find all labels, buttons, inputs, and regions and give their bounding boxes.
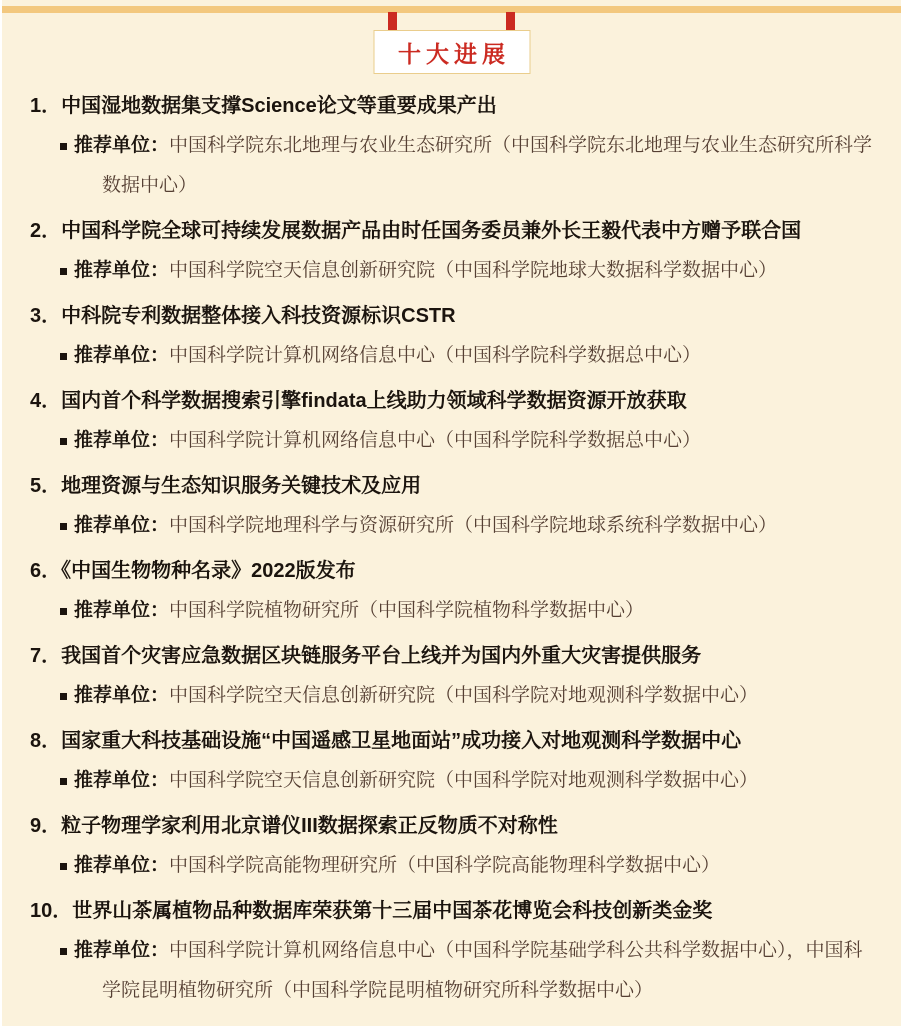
item-number: 4． [30, 390, 61, 412]
header: 十大进展 [2, 0, 901, 76]
recommending-unit-text: 中国科学院东北地理与农业生态研究所（中国科学院东北地理与农业生态研究所科学数据中… [102, 135, 872, 196]
item-title: 8．国家重大科技基础设施“中国遥感卫星地面站”成功接入对地观测科学数据中心 [30, 721, 873, 761]
recommending-unit-row: 推荐单位：中国科学院空天信息创新研究院（中国科学院地球大数据科学数据中心） [30, 251, 873, 291]
item-title: 2．中国科学院全球可持续发展数据产品由时任国务委员兼外长王毅代表中方赠予联合国 [30, 211, 873, 251]
item-number: 9． [30, 815, 61, 837]
item-title: 6．《中国生物物种名录》2022版发布 [30, 551, 873, 591]
list-item: 6．《中国生物物种名录》2022版发布 推荐单位：中国科学院植物研究所（中国科学… [30, 551, 873, 631]
recommending-unit-text: 中国科学院空天信息创新研究院（中国科学院对地观测科学数据中心） [169, 685, 758, 706]
item-title-text: 中科院专利数据整体接入科技资源标识CSTR [61, 305, 455, 327]
recommending-unit-label: 推荐单位： [74, 685, 169, 706]
item-number: 3． [30, 305, 61, 327]
item-number: 7． [30, 645, 61, 667]
item-number: 2． [30, 220, 61, 242]
list-item: 9．粒子物理学家利用北京谱仪III数据探索正反物质不对称性 推荐单位：中国科学院… [30, 806, 873, 886]
recommending-unit-label: 推荐单位： [74, 940, 169, 961]
square-bullet-icon [60, 523, 67, 530]
item-number: 10． [30, 900, 72, 922]
item-title-text: 我国首个灾害应急数据区块链服务平台上线并为国内外重大灾害提供服务 [61, 645, 701, 667]
page: 十大进展 1．中国湿地数据集支撑Science论文等重要成果产出 推荐单位：中国… [0, 0, 903, 1034]
list-item: 8．国家重大科技基础设施“中国遥感卫星地面站”成功接入对地观测科学数据中心 推荐… [30, 721, 873, 801]
recommending-unit-row: 推荐单位：中国科学院地理科学与资源研究所（中国科学院地球系统科学数据中心） [30, 506, 873, 546]
progress-list: 1．中国湿地数据集支撑Science论文等重要成果产出 推荐单位：中国科学院东北… [2, 76, 901, 1011]
item-title: 7．我国首个灾害应急数据区块链服务平台上线并为国内外重大灾害提供服务 [30, 636, 873, 676]
square-bullet-icon [60, 268, 67, 275]
list-item: 10．世界山茶属植物品种数据库荣获第十三届中国茶花博览会科技创新类金奖 推荐单位… [30, 891, 873, 1011]
recommending-unit-label: 推荐单位： [74, 600, 169, 621]
square-bullet-icon [60, 863, 67, 870]
square-bullet-icon [60, 778, 67, 785]
recommending-unit-row: 推荐单位：中国科学院计算机网络信息中心（中国科学院基础学科公共科学数据中心），中… [30, 931, 873, 1011]
list-item: 5．地理资源与生态知识服务关键技术及应用 推荐单位：中国科学院地理科学与资源研究… [30, 466, 873, 546]
item-title: 9．粒子物理学家利用北京谱仪III数据探索正反物质不对称性 [30, 806, 873, 846]
square-bullet-icon [60, 143, 67, 150]
recommending-unit-text: 中国科学院植物研究所（中国科学院植物科学数据中心） [169, 600, 644, 621]
item-number: 8． [30, 730, 61, 752]
square-bullet-icon [60, 353, 67, 360]
recommending-unit-text: 中国科学院空天信息创新研究院（中国科学院对地观测科学数据中心） [169, 770, 758, 791]
recommending-unit-text: 中国科学院空天信息创新研究院（中国科学院地球大数据科学数据中心） [169, 260, 777, 281]
recommending-unit-label: 推荐单位： [74, 135, 169, 156]
recommending-unit-text: 中国科学院计算机网络信息中心（中国科学院基础学科公共科学数据中心），中国科学院昆… [102, 940, 863, 1001]
item-title-text: 国内首个科学数据搜索引擎findata上线助力领域科学数据资源开放获取 [61, 390, 687, 412]
recommending-unit-row: 推荐单位：中国科学院空天信息创新研究院（中国科学院对地观测科学数据中心） [30, 676, 873, 716]
square-bullet-icon [60, 693, 67, 700]
recommending-unit-row: 推荐单位：中国科学院东北地理与农业生态研究所（中国科学院东北地理与农业生态研究所… [30, 126, 873, 206]
recommending-unit-label: 推荐单位： [74, 770, 169, 791]
item-title-text: 世界山茶属植物品种数据库荣获第十三届中国茶花博览会科技创新类金奖 [72, 900, 712, 922]
recommending-unit-label: 推荐单位： [74, 345, 169, 366]
item-title-text: 《中国生物物种名录》2022版发布 [61, 560, 356, 582]
square-bullet-icon [60, 608, 67, 615]
top-band-divider [2, 6, 901, 13]
recommending-unit-text: 中国科学院计算机网络信息中心（中国科学院科学数据总中心） [169, 345, 701, 366]
recommending-unit-row: 推荐单位：中国科学院计算机网络信息中心（中国科学院科学数据总中心） [30, 336, 873, 376]
red-hanger-bar-left [388, 12, 397, 31]
recommending-unit-row: 推荐单位：中国科学院植物研究所（中国科学院植物科学数据中心） [30, 591, 873, 631]
recommending-unit-text: 中国科学院计算机网络信息中心（中国科学院科学数据总中心） [169, 430, 701, 451]
item-title: 1．中国湿地数据集支撑Science论文等重要成果产出 [30, 86, 873, 126]
recommending-unit-text: 中国科学院高能物理研究所（中国科学院高能物理科学数据中心） [169, 855, 720, 876]
recommending-unit-row: 推荐单位：中国科学院计算机网络信息中心（中国科学院科学数据总中心） [30, 421, 873, 461]
item-title: 4．国内首个科学数据搜索引擎findata上线助力领域科学数据资源开放获取 [30, 381, 873, 421]
recommending-unit-text: 中国科学院地理科学与资源研究所（中国科学院地球系统科学数据中心） [169, 515, 777, 536]
section-title-box: 十大进展 [373, 30, 530, 74]
list-item: 7．我国首个灾害应急数据区块链服务平台上线并为国内外重大灾害提供服务 推荐单位：… [30, 636, 873, 716]
square-bullet-icon [60, 948, 67, 955]
recommending-unit-label: 推荐单位： [74, 430, 169, 451]
item-title-text: 国家重大科技基础设施“中国遥感卫星地面站”成功接入对地观测科学数据中心 [61, 730, 741, 752]
list-item: 4．国内首个科学数据搜索引擎findata上线助力领域科学数据资源开放获取 推荐… [30, 381, 873, 461]
item-title: 3．中科院专利数据整体接入科技资源标识CSTR [30, 296, 873, 336]
item-title-text: 粒子物理学家利用北京谱仪III数据探索正反物质不对称性 [61, 815, 558, 837]
item-title-text: 中国科学院全球可持续发展数据产品由时任国务委员兼外长王毅代表中方赠予联合国 [61, 220, 801, 242]
item-title-text: 地理资源与生态知识服务关键技术及应用 [61, 475, 421, 497]
recommending-unit-row: 推荐单位：中国科学院高能物理研究所（中国科学院高能物理科学数据中心） [30, 846, 873, 886]
item-title: 5．地理资源与生态知识服务关键技术及应用 [30, 466, 873, 506]
recommending-unit-row: 推荐单位：中国科学院空天信息创新研究院（中国科学院对地观测科学数据中心） [30, 761, 873, 801]
item-number: 5． [30, 475, 61, 497]
item-title: 10．世界山茶属植物品种数据库荣获第十三届中国茶花博览会科技创新类金奖 [30, 891, 873, 931]
list-item: 3．中科院专利数据整体接入科技资源标识CSTR 推荐单位：中国科学院计算机网络信… [30, 296, 873, 376]
section-title: 十大进展 [393, 36, 510, 69]
item-number: 1． [30, 95, 61, 117]
square-bullet-icon [60, 438, 67, 445]
document-canvas: 十大进展 1．中国湿地数据集支撑Science论文等重要成果产出 推荐单位：中国… [2, 0, 901, 1026]
list-item: 1．中国湿地数据集支撑Science论文等重要成果产出 推荐单位：中国科学院东北… [30, 86, 873, 206]
red-hanger-bar-right [506, 12, 515, 31]
recommending-unit-label: 推荐单位： [74, 260, 169, 281]
recommending-unit-label: 推荐单位： [74, 515, 169, 536]
item-number: 6． [30, 560, 61, 582]
item-title-text: 中国湿地数据集支撑Science论文等重要成果产出 [61, 95, 497, 117]
list-item: 2．中国科学院全球可持续发展数据产品由时任国务委员兼外长王毅代表中方赠予联合国 … [30, 211, 873, 291]
recommending-unit-label: 推荐单位： [74, 855, 169, 876]
